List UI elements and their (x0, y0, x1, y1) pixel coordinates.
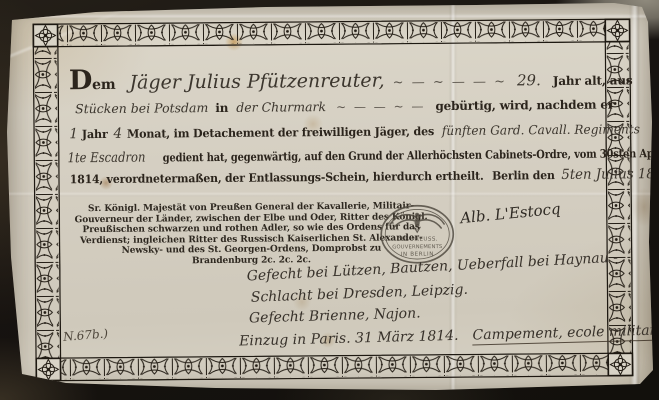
photograph-of-document: Dem Jäger Julius Pfützenreuter, ~ — ~ — … (0, 0, 659, 400)
campaign-note: Schlacht bei Dresden, Leipzig. (251, 282, 469, 306)
printed-word-jahr: Jahr (82, 127, 108, 141)
printed-text: 1814, verordnetermaßen, der Entlassungs-… (70, 169, 484, 187)
paper-sheet: Dem Jäger Julius Pfützenreuter, ~ — ~ — … (6, 2, 654, 396)
issue-place: Berlin den (492, 168, 555, 183)
service-years: 1 (69, 126, 78, 142)
certificate: Dem Jäger Julius Pfützenreuter, ~ — ~ — … (4, 0, 655, 399)
issue-date: 5ten Julius 1814 (561, 166, 659, 183)
printed-text: Jahr alt, aus (553, 73, 633, 88)
corner-rosette-icon (604, 18, 630, 42)
printed-word-dem: Dem (69, 77, 116, 93)
prussian-eagle-icon (390, 213, 444, 233)
pen-flourish: ~ — ~ — — ~ (393, 74, 507, 90)
certificate-line-1: Dem Jäger Julius Pfützenreuter, ~ — ~ — … (69, 67, 633, 94)
service-months: 4 (113, 126, 122, 142)
stamp-text-line: DES PREUSS. (397, 237, 438, 243)
stamp-text-line: GOUVERNEMENTS (392, 244, 442, 250)
campaign-note-text: Einzug in Paris. 31 März 1814. (239, 328, 459, 350)
printed-text: gedient hat, gegenwärtig, auf den Grund … (163, 146, 659, 164)
official-seal-stamp: DES PREUSS. GOUVERNEMENTS IN BERLIN (378, 203, 457, 266)
ornamental-border-left (32, 23, 61, 381)
recipient-name: Jäger Julius Pfützenreuter, (129, 70, 384, 94)
certificate-line-5: 1814, verordnetermaßen, der Entlassungs-… (70, 166, 659, 187)
printed-word-in: in (215, 101, 228, 115)
signature: Alb. L'Estocq (459, 200, 561, 228)
corner-rosette-icon (32, 23, 58, 47)
campaign-note: Einzug in Paris. 31 März 1814.Campement,… (239, 322, 659, 349)
registry-number: N.67b.) (63, 326, 109, 343)
birthplace: Stücken bei Potsdam (75, 100, 208, 116)
printed-text: Monat, im Detachement der freiwilligen J… (127, 124, 434, 141)
age-value: 29. (517, 71, 541, 89)
stamp-text-line: IN BERLIN (401, 252, 434, 258)
campaign-note: Gefecht Brienne, Najon. (249, 305, 421, 326)
certificate-line-3: 1 Jahr 4 Monat, im Detachement der freiw… (69, 121, 640, 142)
birth-region: der Churmark (236, 99, 326, 115)
ornamental-border-top (32, 18, 630, 47)
printed-text: gebürtig, wird, nachdem er (435, 98, 614, 114)
certificate-line-2: Stücken bei Potsdam in der Churmark ~ — … (75, 97, 614, 117)
certificate-content: Dem Jäger Julius Pfützenreuter, ~ — ~ — … (63, 48, 612, 363)
certificate-line-4: 1te Escadron gedient hat, gegenwärtig, a… (67, 145, 659, 166)
squadron-name: 1te Escadron (67, 150, 145, 167)
regiment-name: fünften Gard. Cavall. Regiments (442, 121, 640, 138)
corner-rosette-icon (35, 357, 61, 381)
pen-flourish: ~ — — ~ — (336, 99, 425, 114)
